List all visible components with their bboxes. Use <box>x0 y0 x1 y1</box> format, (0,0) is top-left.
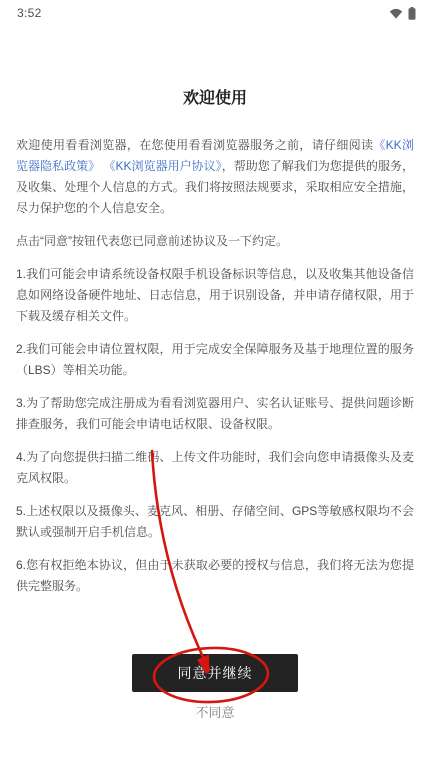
intro-part1: 欢迎使用看看浏览器，在您使用看看浏览器服务之前，请仔细阅读 <box>16 138 373 152</box>
status-bar: 3:52 <box>0 0 430 24</box>
term-item-3: 3.为了帮助您完成注册成为看看浏览器用户、实名认证账号、提供问题诊断排查服务，我… <box>16 393 414 435</box>
battery-icon <box>408 7 416 20</box>
consent-text: 欢迎使用看看浏览器，在您使用看看浏览器服务之前，请仔细阅读《KK浏览器隐私政策》… <box>16 135 414 609</box>
term-item-2: 2.我们可能会申请位置权限，用于完成安全保障服务及基于地理位置的服务（LBS）等… <box>16 339 414 381</box>
term-item-6: 6.您有权拒绝本协议，但由于未获取必要的授权与信息，我们将无法为您提供完整服务。 <box>16 555 414 597</box>
wifi-icon <box>389 7 403 19</box>
agree-note: 点击“同意”按钮代表您已同意前述协议及一下约定。 <box>16 231 414 252</box>
app-screen: 3:52 欢迎使用 欢迎使用看看浏览器，在您使用看看浏览器服务之前，请仔细阅读《… <box>0 0 430 766</box>
status-time: 3:52 <box>17 6 42 20</box>
term-item-4: 4.为了向您提供扫描二维码、上传文件功能时，我们会向您申请摄像头及麦克风权限。 <box>16 447 414 489</box>
user-agreement-link[interactable]: 《KK浏览器用户协议》 <box>104 159 222 173</box>
page-title: 欢迎使用 <box>0 85 430 108</box>
disagree-button[interactable]: 不同意 <box>0 702 430 721</box>
term-item-1: 1.我们可能会申请系统设备权限手机设备标识等信息，以及收集其他设备信息如网络设备… <box>16 264 414 327</box>
term-item-5: 5.上述权限以及摄像头、麦克风、相册、存储空间、GPS等敏感权限均不会默认或强制… <box>16 501 414 543</box>
status-icons <box>389 7 416 20</box>
intro-paragraph: 欢迎使用看看浏览器，在您使用看看浏览器服务之前，请仔细阅读《KK浏览器隐私政策》… <box>16 135 414 219</box>
agree-continue-button[interactable]: 同意并继续 <box>132 654 298 692</box>
